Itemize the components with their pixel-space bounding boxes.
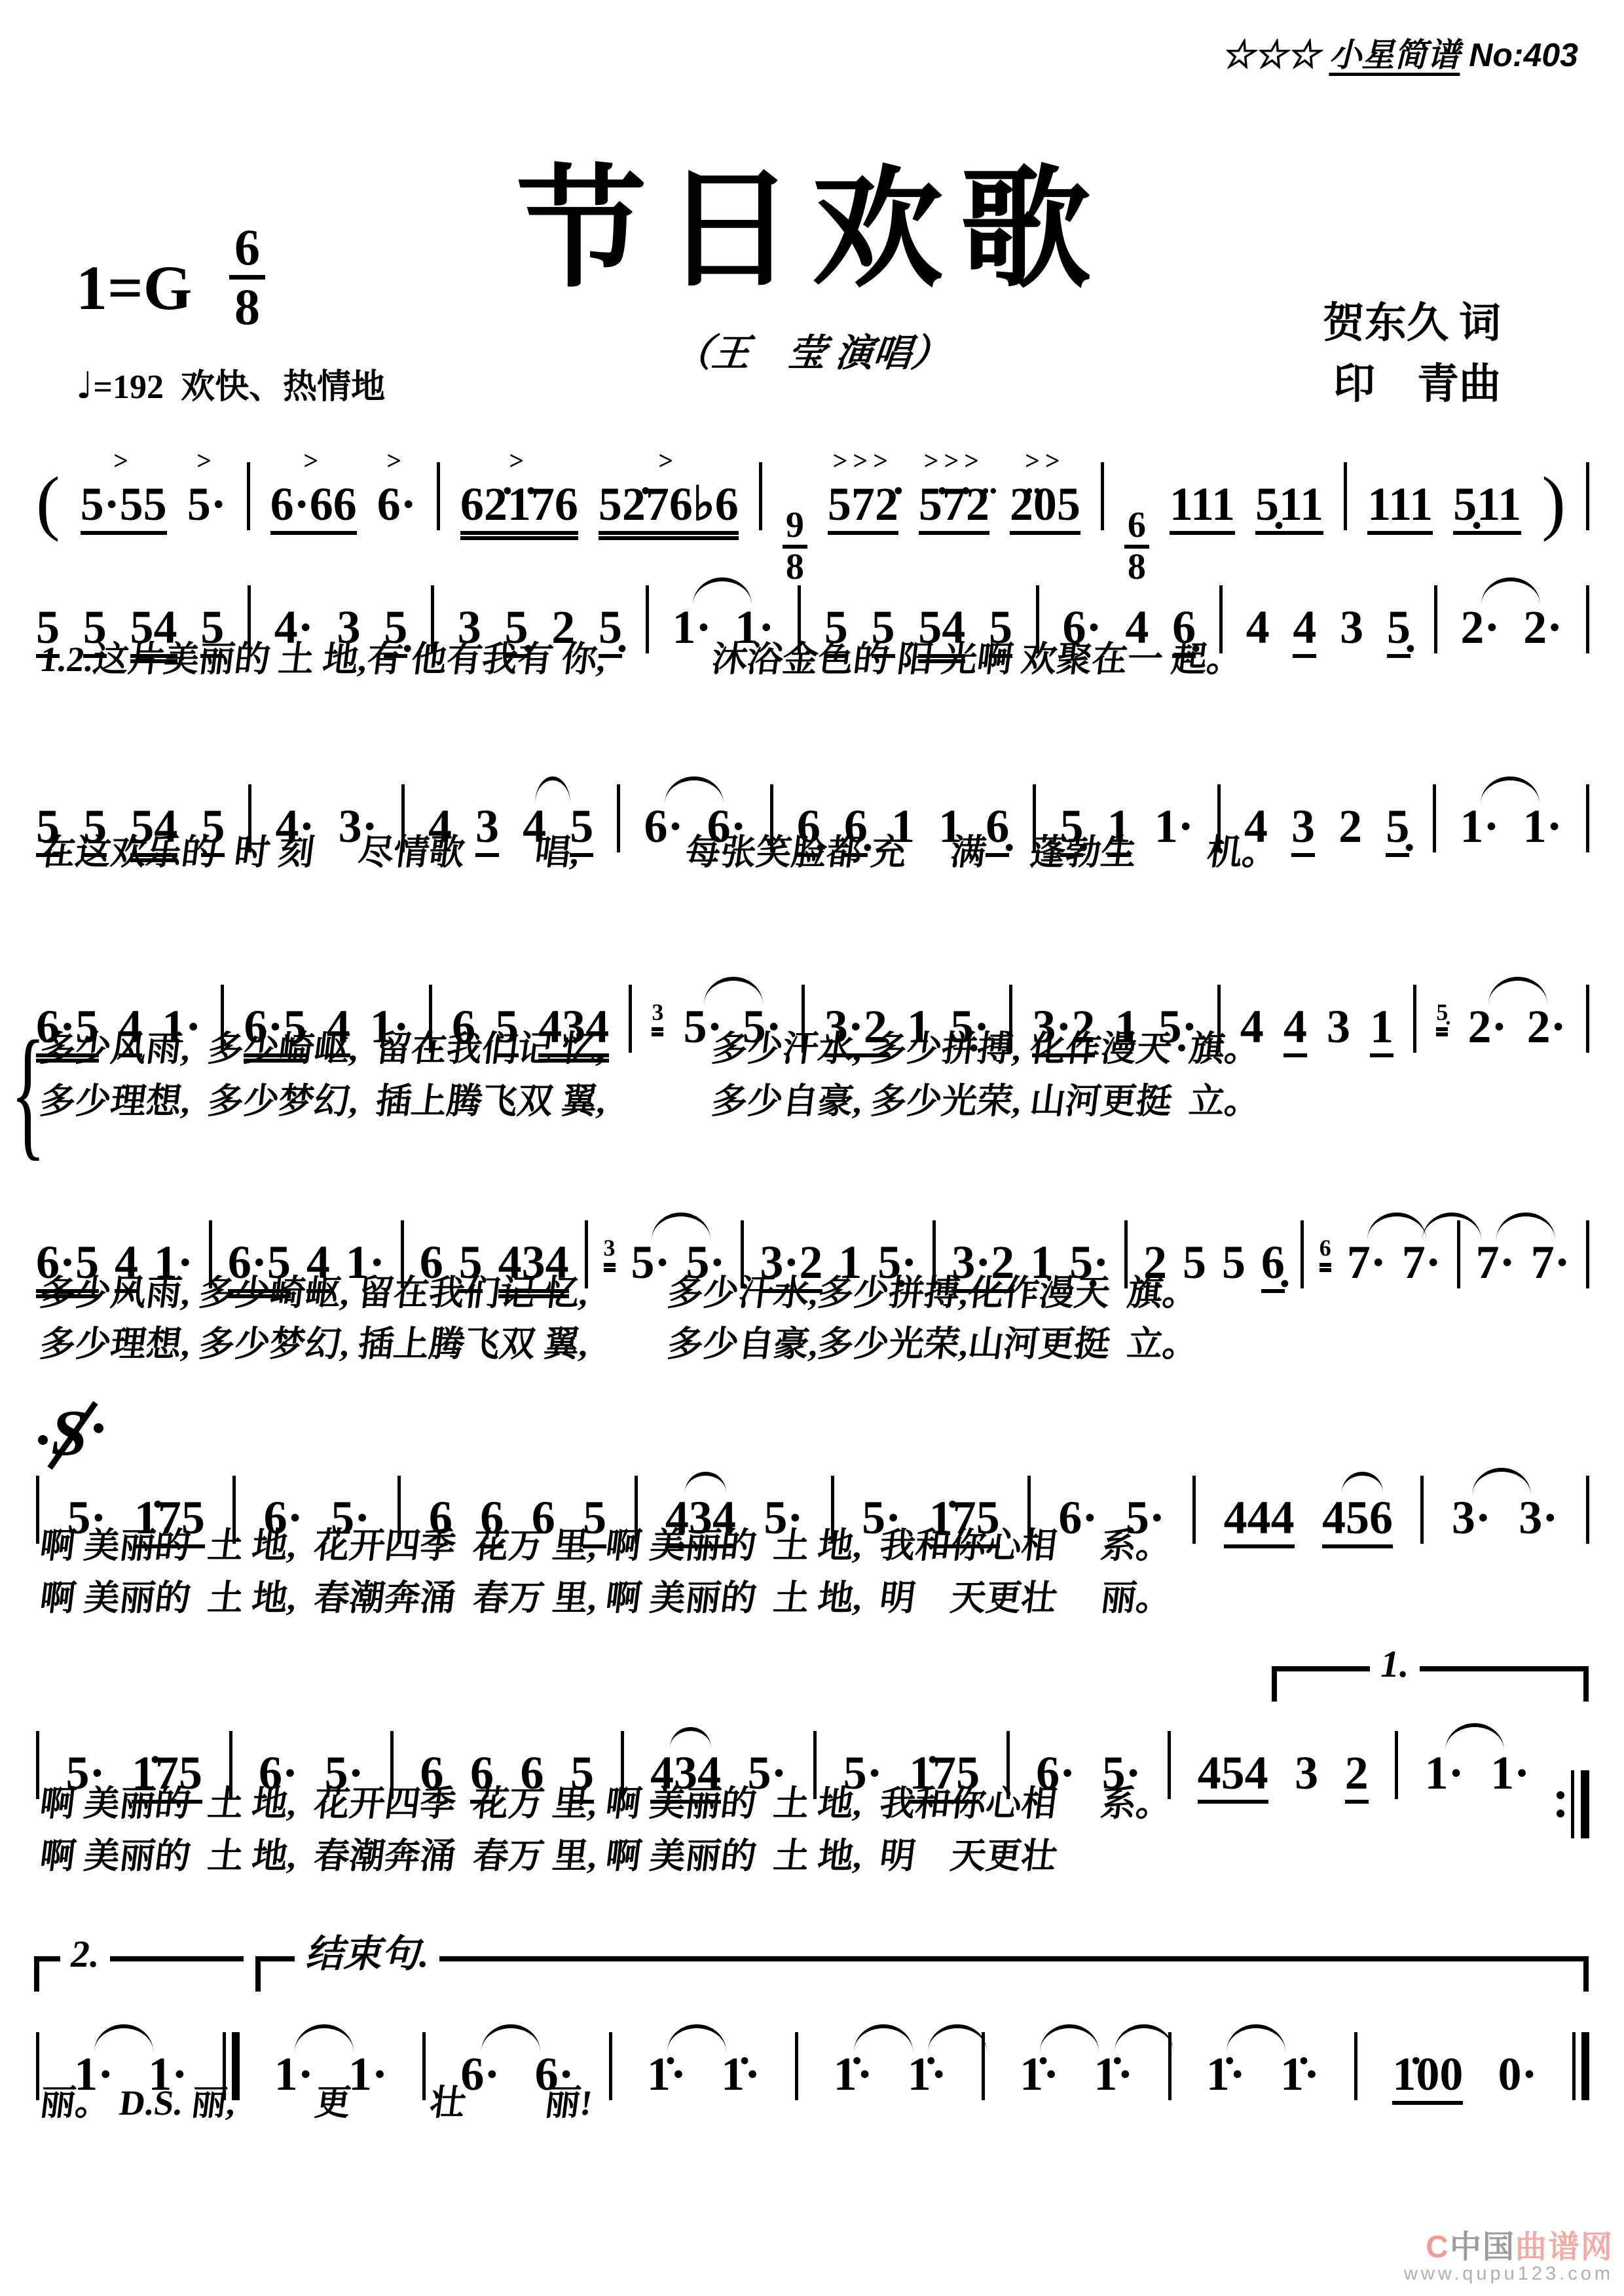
song-title: 节日欢歌	[516, 124, 1108, 312]
lyrics-line: 多少风雨, 多少崎岖, 留在我们记 忆, 多少汗水, 多少拼搏, 化作漫天 旗。	[38, 1031, 1608, 1066]
volta-label: 结束句.	[295, 1935, 439, 1973]
barline	[1344, 462, 1347, 530]
note-token: 5·>	[187, 481, 227, 528]
lyrics-line: 在这欢乐的 时 刻 尽情歌 唱, 每张笑脸都 充 满 蓬勃生 机。	[38, 835, 1608, 870]
lyrics-line: 丽。 D.S. 丽, 更 壮 丽!	[38, 2085, 1608, 2121]
volta-bracket: 结束句.	[255, 1956, 1589, 1961]
lyrics-line: 1.2.这片美丽的 土 地,有 他有我有 你, 沐浴金色的 阳 光啊 欢聚在一 …	[38, 642, 1608, 677]
segno-icon: S	[42, 1408, 101, 1468]
segno-dot	[94, 1423, 103, 1433]
note-token: 111	[1367, 481, 1433, 535]
lyrics-line: 啊 美丽的 土 地, 花开四季 花万 里, 啊 美丽的 土 地, 我和你心相 系…	[38, 1528, 1608, 1563]
volta-bracket: 1.	[1272, 1666, 1589, 1671]
meter-denominator: 8	[234, 280, 260, 333]
volta-bracket: 2.	[34, 1956, 244, 1961]
tempo-expression: 欢快、热情地	[164, 369, 385, 406]
barline	[759, 462, 762, 530]
note-token: 572̇>>>	[828, 481, 898, 535]
note-token: 62̇1̇76>	[460, 481, 578, 535]
watermark-url: www.qupu123.com	[1404, 2264, 1614, 2284]
note-token: 2̈05>>	[1010, 481, 1080, 535]
note-token: 5·55>	[81, 481, 167, 535]
volta-tick	[1272, 1666, 1277, 1702]
watermark-site-cn2: 曲谱网	[1515, 2230, 1614, 2265]
quarter-note-icon: ♩	[76, 365, 93, 407]
star-icons: ☆☆☆	[1221, 37, 1329, 73]
lyrics-line: 多少风雨, 多少崎岖, 留在我们记 忆, 多少汗水,多少拼搏,化作漫天 旗。	[38, 1275, 1608, 1311]
note-token: 6·>	[377, 481, 416, 528]
segno-dot	[38, 1435, 48, 1445]
header-brand: ☆☆☆ 小星简谱 No:403	[1221, 29, 1578, 76]
tempo-marking: ♩=192 欢快、热情地	[76, 359, 385, 408]
watermark-logo-icon: C	[1426, 2230, 1450, 2265]
lyrics-line: 多少理想, 多少梦幻, 插上腾飞双 翼, 多少自豪, 多少光荣, 山河更挺 立。	[38, 1084, 1608, 1119]
volta-tick	[1583, 1666, 1589, 1702]
barline	[247, 462, 250, 530]
barline	[36, 2032, 39, 2100]
tempo-bpm: =192	[93, 369, 164, 406]
volta-tick	[1583, 1956, 1589, 1992]
barline	[1586, 462, 1589, 530]
key-signature: 1=G	[76, 257, 192, 319]
barline	[36, 1731, 39, 1799]
lyrics-line: 啊 美丽的 土 地, 花开四季 花万 里, 啊 美丽的 土 地, 我和你心相 系…	[38, 1786, 1608, 1821]
volta-tick	[255, 1956, 261, 1992]
volta-label: 2.	[60, 1935, 110, 1973]
watermark-site-cn1: 中国	[1450, 2230, 1515, 2265]
header-brand-name: 小星简谱	[1329, 37, 1460, 73]
volta-label: 1.	[1370, 1645, 1420, 1683]
watermark: C中国曲谱网 www.qupu123.com	[1404, 2231, 1614, 2284]
barline	[36, 1476, 39, 1544]
sheet-music-page: ☆☆☆ 小星简谱 No:403 节日欢歌 （王 莹 演唱） 1=G 6 8 ♩=…	[0, 0, 1624, 2296]
volta-tick	[34, 1956, 39, 1992]
music-line-1: (5·55>5·>6·66>6·>62̇1̇76>52̇76♭6>98572̇>…	[36, 452, 1589, 569]
parenthesis: (	[36, 466, 60, 538]
composer: 印 青曲	[1333, 361, 1501, 407]
lyrics-line: 啊 美丽的 土 地, 春潮奔涌 春万 里, 啊 美丽的 土 地, 明 天更壮	[38, 1838, 1608, 1874]
grace-note-token: 3	[652, 1000, 663, 1031]
grace-note-token: 6	[1319, 1236, 1331, 1267]
segno-letter: S	[51, 1404, 88, 1463]
barline	[1101, 462, 1104, 530]
barline	[437, 462, 440, 530]
performer-subtitle: （王 莹 演唱）	[671, 322, 952, 377]
note-token: 5̇7̇2̈>>>	[919, 481, 989, 535]
note-token: 5̣11	[1255, 481, 1323, 535]
lyrics-line: 啊 美丽的 土 地, 春潮奔涌 春万 里, 啊 美丽的 土 地, 明 天更壮 丽…	[38, 1580, 1608, 1616]
lyricist: 贺东久 词	[1323, 300, 1501, 346]
grace-note-token: 3	[604, 1236, 616, 1267]
lyrics-line: 多少理想, 多少梦幻, 插上腾飞双 翼, 多少自豪,多少光荣,山河更挺 立。	[38, 1326, 1608, 1362]
note-token: 52̇76♭6>	[599, 481, 739, 535]
note-token: 5̣11	[1453, 481, 1521, 535]
note-token: 6·66>	[270, 481, 357, 535]
time-signature: 6 8	[229, 221, 265, 333]
grace-note-token: 5̣	[1436, 1000, 1448, 1031]
meter-numerator: 6	[229, 221, 265, 280]
header-number: No:403	[1460, 37, 1578, 73]
parenthesis: )	[1541, 466, 1566, 538]
note-token: 111	[1170, 481, 1235, 535]
credits: 贺东久 词印 青曲	[1323, 293, 1501, 415]
